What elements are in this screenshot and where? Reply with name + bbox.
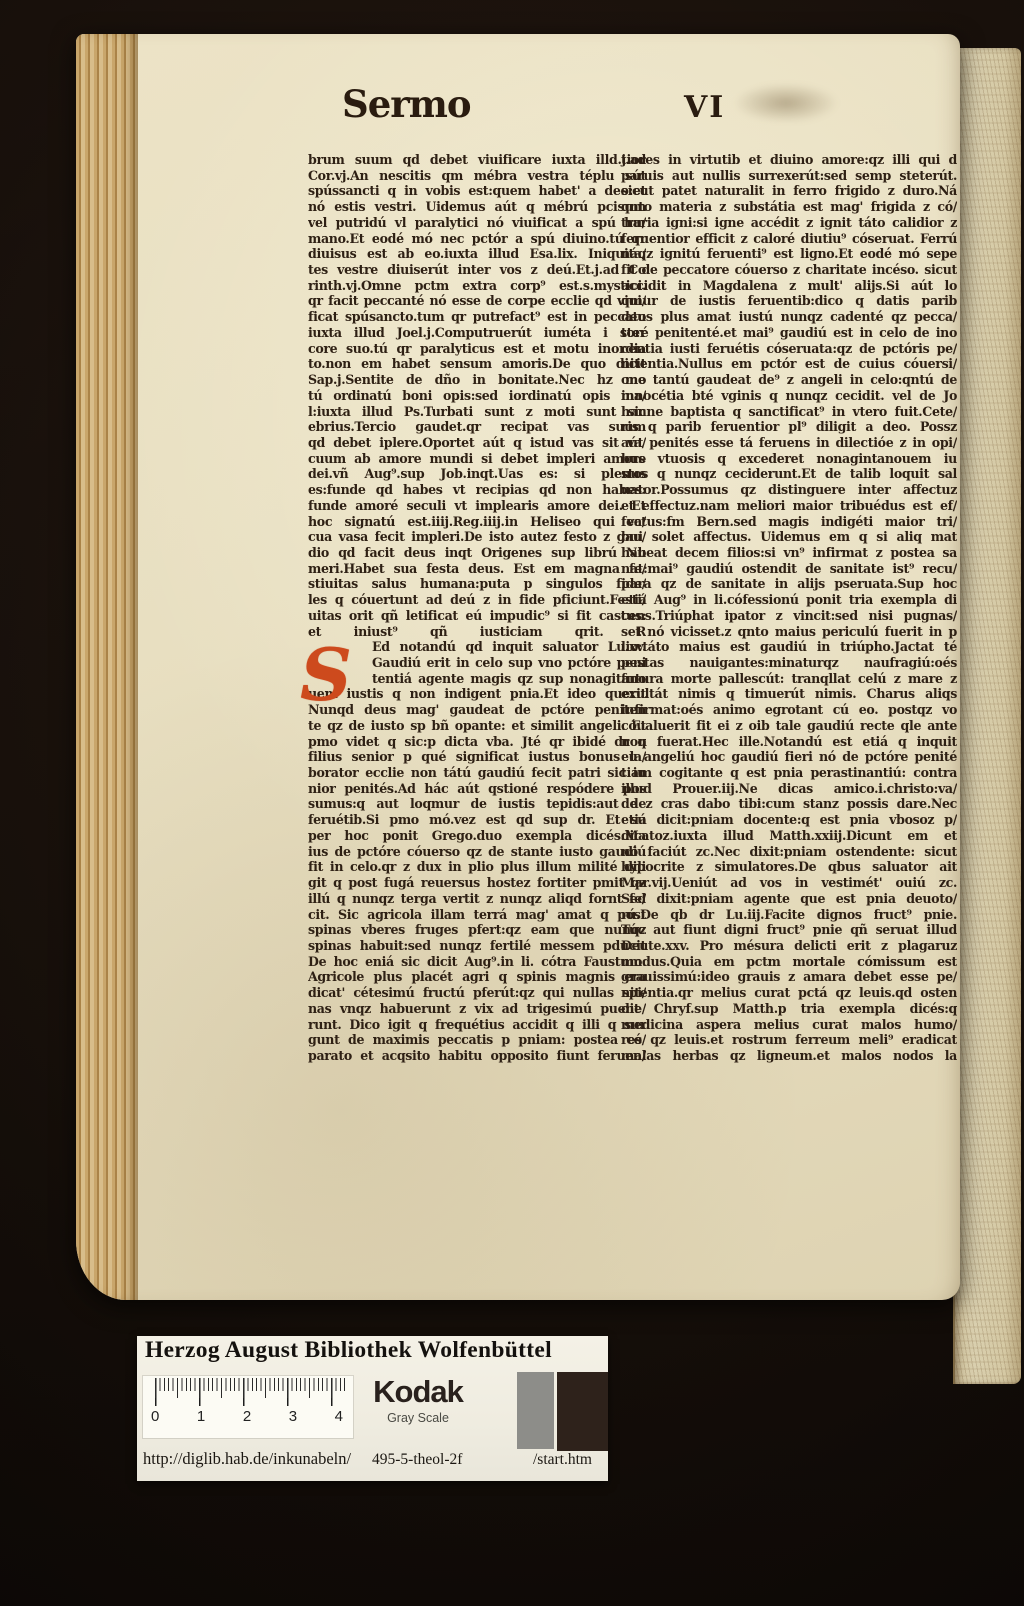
source-url: http://diglib.hab.de/inkunabeln/ [143,1449,351,1469]
gray-scale-caption: Gray Scale [359,1411,477,1425]
ruler-tick-label: 3 [289,1408,297,1425]
ruler-tick-label: 1 [197,1408,205,1425]
running-title: Sermo [342,82,471,126]
ruler-tick-label: 0 [151,1408,159,1425]
text-column-left: brum suum qd debet viuificare iuxta illd… [308,152,646,1064]
adjacent-page-edge [953,48,1021,1384]
gray-patch-medium [517,1372,554,1449]
start-link-label: /start.htm [533,1451,592,1469]
text-column-right: tiores in virtutib et diuino amore:qz il… [621,152,957,1064]
ruler: 0 1 2 3 4 [143,1376,353,1438]
page-edge-stack [76,34,138,1300]
folio-number: VI [684,90,725,125]
shelfmark: 495-5-theol-2f [372,1451,462,1469]
kodak-block: Kodak Gray Scale [359,1374,477,1425]
show-through-smudge [728,84,844,122]
ruler-tick-label: 2 [243,1408,251,1425]
ruler-tick-label: 4 [335,1408,343,1425]
library-name: Herzog August Bibliothek Wolfenbüttel [145,1337,603,1364]
ruler-tick-labels: 0 1 2 3 4 [151,1408,343,1425]
ruler-ticks [155,1378,345,1406]
gray-patch-dark [557,1372,608,1451]
photo-backdrop: Sermo VI brum suum qd debet viuificare i… [0,0,1024,1606]
library-label: Herzog August Bibliothek Wolfenbüttel 0 … [137,1336,608,1481]
rubricated-initial: S [300,634,362,730]
scanned-page: Sermo VI brum suum qd debet viuificare i… [76,34,960,1300]
kodak-wordmark: Kodak [359,1374,477,1410]
label-bottom-row: http://diglib.hab.de/inkunabeln/ 495-5-t… [137,1446,608,1481]
